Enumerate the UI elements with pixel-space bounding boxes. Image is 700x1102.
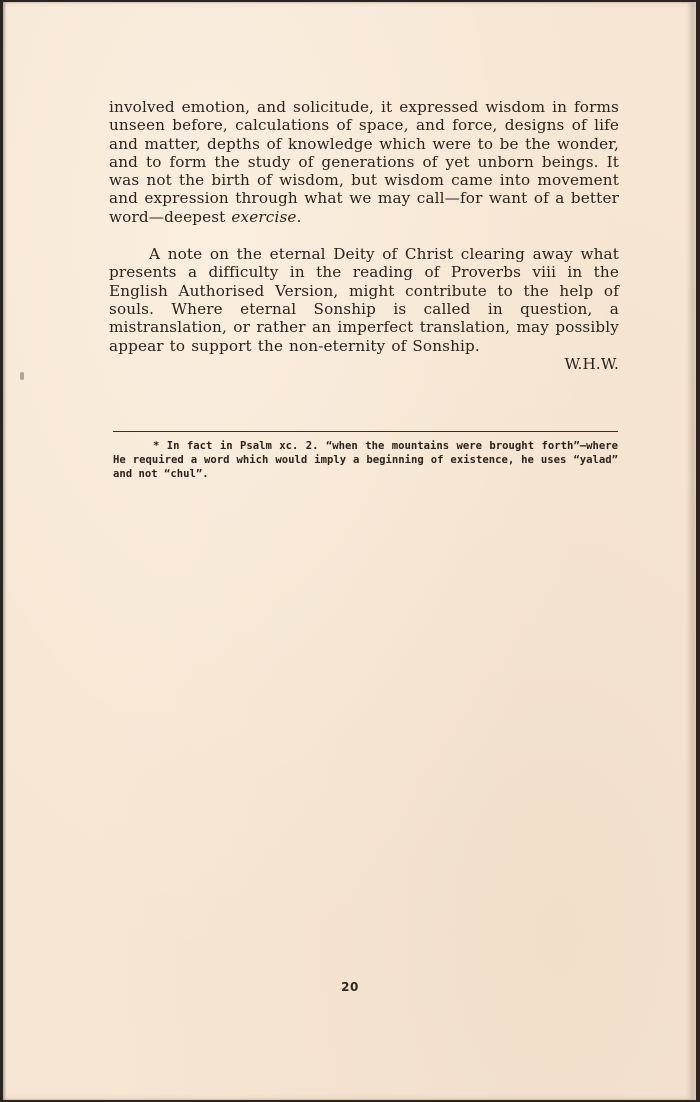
footnote-divider xyxy=(113,431,618,432)
paragraph-1: involved emotion, and solicitude, it exp… xyxy=(109,98,619,226)
footnote: * In fact in Psalm xc. 2. “when the moun… xyxy=(113,439,618,481)
page-number: 20 xyxy=(0,980,700,994)
book-page: involved emotion, and solicitude, it exp… xyxy=(3,2,696,1100)
body-text: involved emotion, and solicitude, it exp… xyxy=(109,98,619,373)
paragraph-1-end: . xyxy=(297,208,302,226)
author-signature: W.H.W. xyxy=(109,355,619,373)
paper-blemish xyxy=(20,372,24,380)
emphasis-exercise: exercise xyxy=(231,208,296,226)
paragraph-1-text: involved emotion, and solicitude, it exp… xyxy=(109,98,619,226)
page-edge-shadow xyxy=(686,2,696,1100)
footnote-text: * In fact in Psalm xc. 2. “when the moun… xyxy=(113,439,618,481)
paragraph-2: A note on the eternal Deity of Christ cl… xyxy=(109,245,619,355)
